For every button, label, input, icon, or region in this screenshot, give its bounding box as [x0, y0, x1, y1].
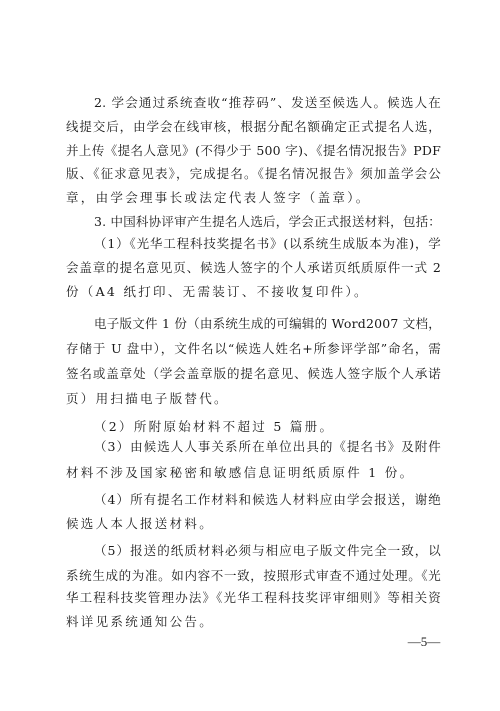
item-5-line-1: （5）报送的纸质材料必须与相应电子版文件完全一致，以 — [94, 542, 441, 560]
paragraph-2-line-1: 2. 学会通过系统查收“推荐码”、发送至候选人。候选人在 — [94, 94, 441, 112]
item-3-line-1: （3）由候选人人事关系所在单位出具的《提名书》及附件 — [94, 438, 441, 456]
paragraph-2-line-2: 线提交后，由学会在线审核，根据分配名额确定正式提名人选， — [66, 118, 441, 136]
paragraph-2-line-3: 并上传《提名人意见》(不得少于 500 字)、《提名情况报告》PDF — [66, 142, 441, 160]
item-5-line-4: 料详见系统通知公告。 — [66, 613, 441, 631]
page-number: —5— — [404, 633, 444, 651]
electronic-file-line-4: 页）用扫描电子版替代。 — [66, 390, 441, 408]
electronic-file-line-3: 签名或盖章处（学会盖章版的提名意见、候选人签字版个人承诺 — [66, 365, 441, 383]
item-4-line-2: 候选人本人报送材料。 — [66, 515, 441, 533]
item-5-line-3: 华工程科技奖管理办法》《光华工程科技奖评审细则》等相关资 — [66, 589, 441, 607]
paragraph-2-line-4: 版、《征求意见表》，完成提名。《提名情况报告》须加盖学会公 — [66, 165, 441, 183]
paragraph-3-line-1: 3. 中国科协评审产生提名人选后，学会正式报送材料，包括： — [94, 213, 441, 231]
item-2-line-1: （2）所附原始材料不超过 5 篇册。 — [94, 418, 441, 436]
item-1-line-3: 份（A4 纸打印、无需装订、不接收复印件）。 — [66, 283, 441, 301]
item-1-line-2: 会盖章的提名意见页、候选人签字的个人承诺页纸质原件一式 2 — [66, 259, 441, 277]
item-1-line-1: （1）《光华工程科技奖提名书》(以系统生成版本为准)，学 — [94, 235, 441, 253]
item-4-line-1: （4）所有提名工作材料和候选人材料应由学会报送，谢绝 — [94, 491, 441, 509]
paragraph-2-line-5: 章，由学会理事长或法定代表人签字（盖章）。 — [66, 189, 441, 207]
electronic-file-line-1: 电子版文件 1 份（由系统生成的可编辑的 Word2007 文档， — [94, 315, 441, 333]
document-page: 2. 学会通过系统查收“推荐码”、发送至候选人。候选人在 线提交后，由学会在线审… — [0, 0, 500, 711]
item-5-line-2: 系统生成的为准。如内容不一致，按照形式审查不通过处理。《光 — [66, 567, 441, 585]
item-3-line-2: 材料不涉及国家秘密和敏感信息证明纸质原件 1 份。 — [66, 464, 441, 482]
electronic-file-line-2: 存储于 U 盘中），文件名以“候选人姓名+所参评学部”命名，需 — [66, 340, 441, 358]
